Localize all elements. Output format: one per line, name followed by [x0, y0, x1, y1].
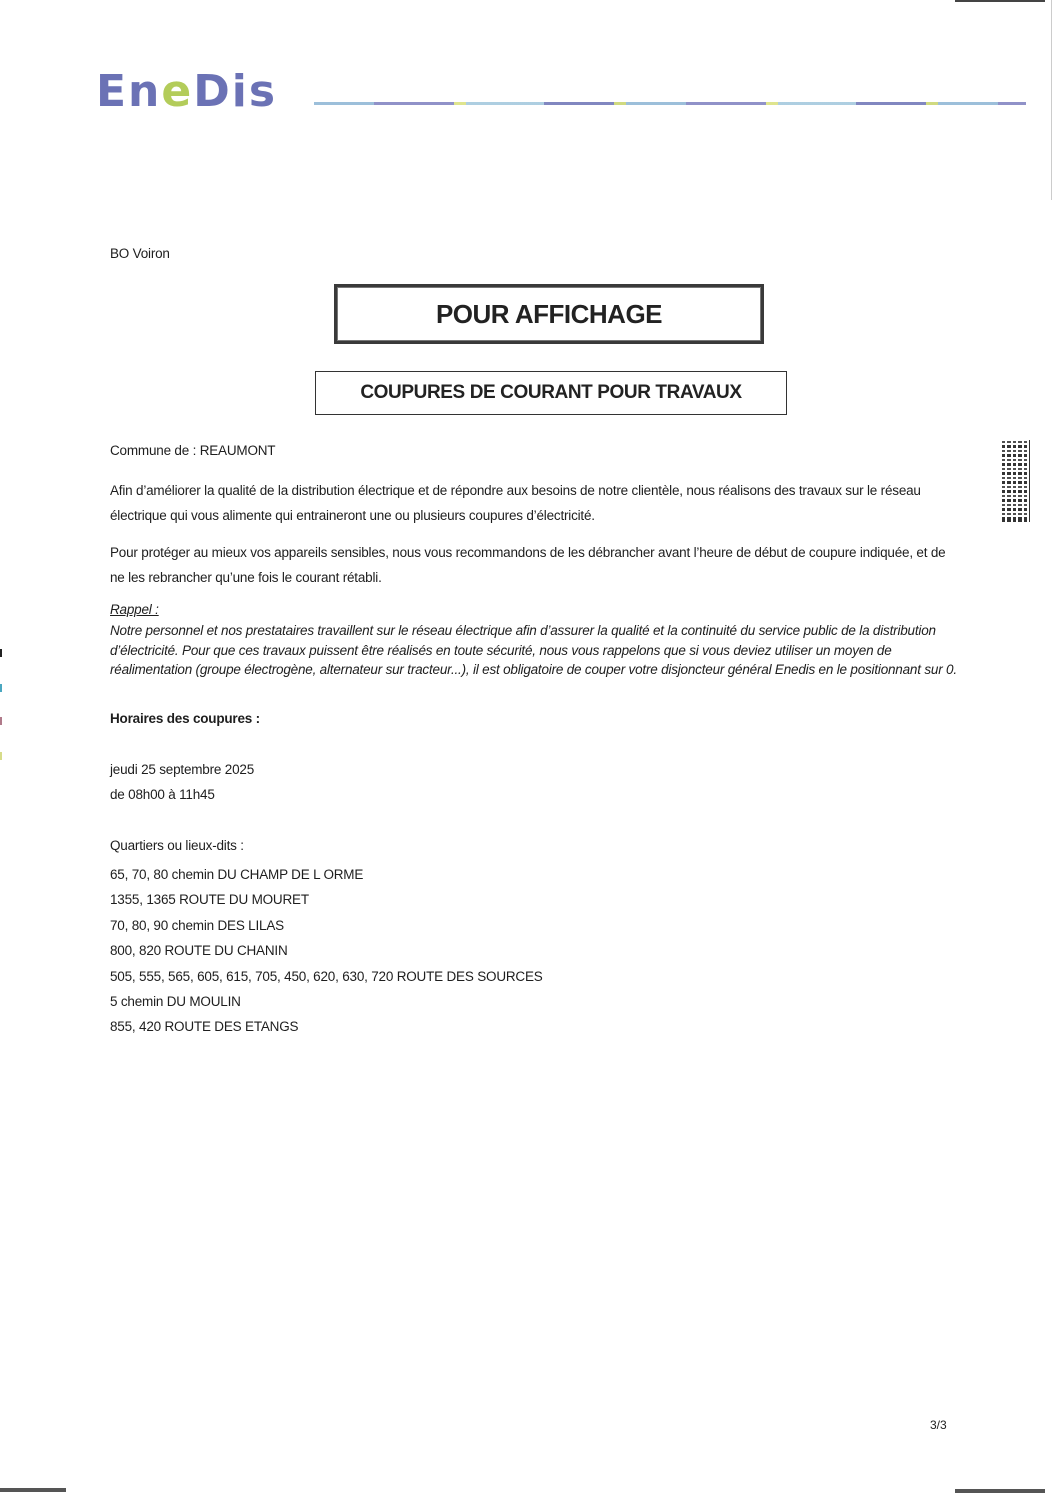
logo-part-3: Dis: [193, 66, 277, 117]
registration-mark: [0, 752, 2, 760]
document-page: EneDis BO Voiron POUR AFFICHAGE COUPURES…: [0, 0, 1059, 1497]
scan-edge-bottom-left: [0, 1488, 66, 1492]
outage-date: jeudi 25 septembre 2025: [110, 761, 254, 779]
list-item: 5 chemin DU MOULIN: [110, 989, 543, 1014]
logo-part-2: e: [161, 66, 193, 117]
quartiers-label: Quartiers ou lieux-dits :: [110, 837, 244, 855]
logo-part-1: En: [96, 66, 161, 117]
list-item: 65, 70, 80 chemin DU CHAMP DE L ORME: [110, 862, 543, 887]
intro-paragraph: Afin d’améliorer la qualité de la distri…: [110, 478, 960, 528]
registration-mark: [0, 649, 2, 657]
subtitle-box: COUPURES DE COURANT POUR TRAVAUX: [315, 371, 787, 415]
horaires-label: Horaires des coupures :: [110, 710, 260, 728]
list-item: 855, 420 ROUTE DES ETANGS: [110, 1014, 543, 1039]
rappel-title: Rappel :: [110, 601, 159, 619]
header-rule: [314, 102, 1026, 105]
registration-mark: [0, 717, 2, 725]
advice-paragraph: Pour protéger au mieux vos appareils sen…: [110, 540, 960, 590]
title-box: POUR AFFICHAGE: [334, 284, 764, 344]
scan-edge-top: [955, 0, 1045, 2]
commune: Commune de : REAUMONT: [110, 442, 275, 460]
list-item: 70, 80, 90 chemin DES LILAS: [110, 913, 543, 938]
datamatrix-code-icon: [1002, 440, 1030, 522]
sender: BO Voiron: [110, 245, 170, 263]
list-item: 505, 555, 565, 605, 615, 705, 450, 620, …: [110, 964, 543, 989]
scan-edge-right: [1051, 0, 1052, 200]
enedis-logo: EneDis: [96, 68, 277, 116]
page-title: POUR AFFICHAGE: [436, 299, 662, 330]
list-item: 800, 820 ROUTE DU CHANIN: [110, 938, 543, 963]
outage-time: de 08h00 à 11h45: [110, 786, 215, 804]
page-number: 3/3: [930, 1418, 947, 1432]
scan-edge-bottom-right: [955, 1489, 1045, 1493]
list-item: 1355, 1365 ROUTE DU MOURET: [110, 887, 543, 912]
rappel-body: Notre personnel et nos prestataires trav…: [110, 621, 960, 680]
quartiers-list: 65, 70, 80 chemin DU CHAMP DE L ORME 135…: [110, 862, 543, 1040]
registration-mark: [0, 684, 2, 692]
page-subtitle: COUPURES DE COURANT POUR TRAVAUX: [360, 382, 741, 404]
